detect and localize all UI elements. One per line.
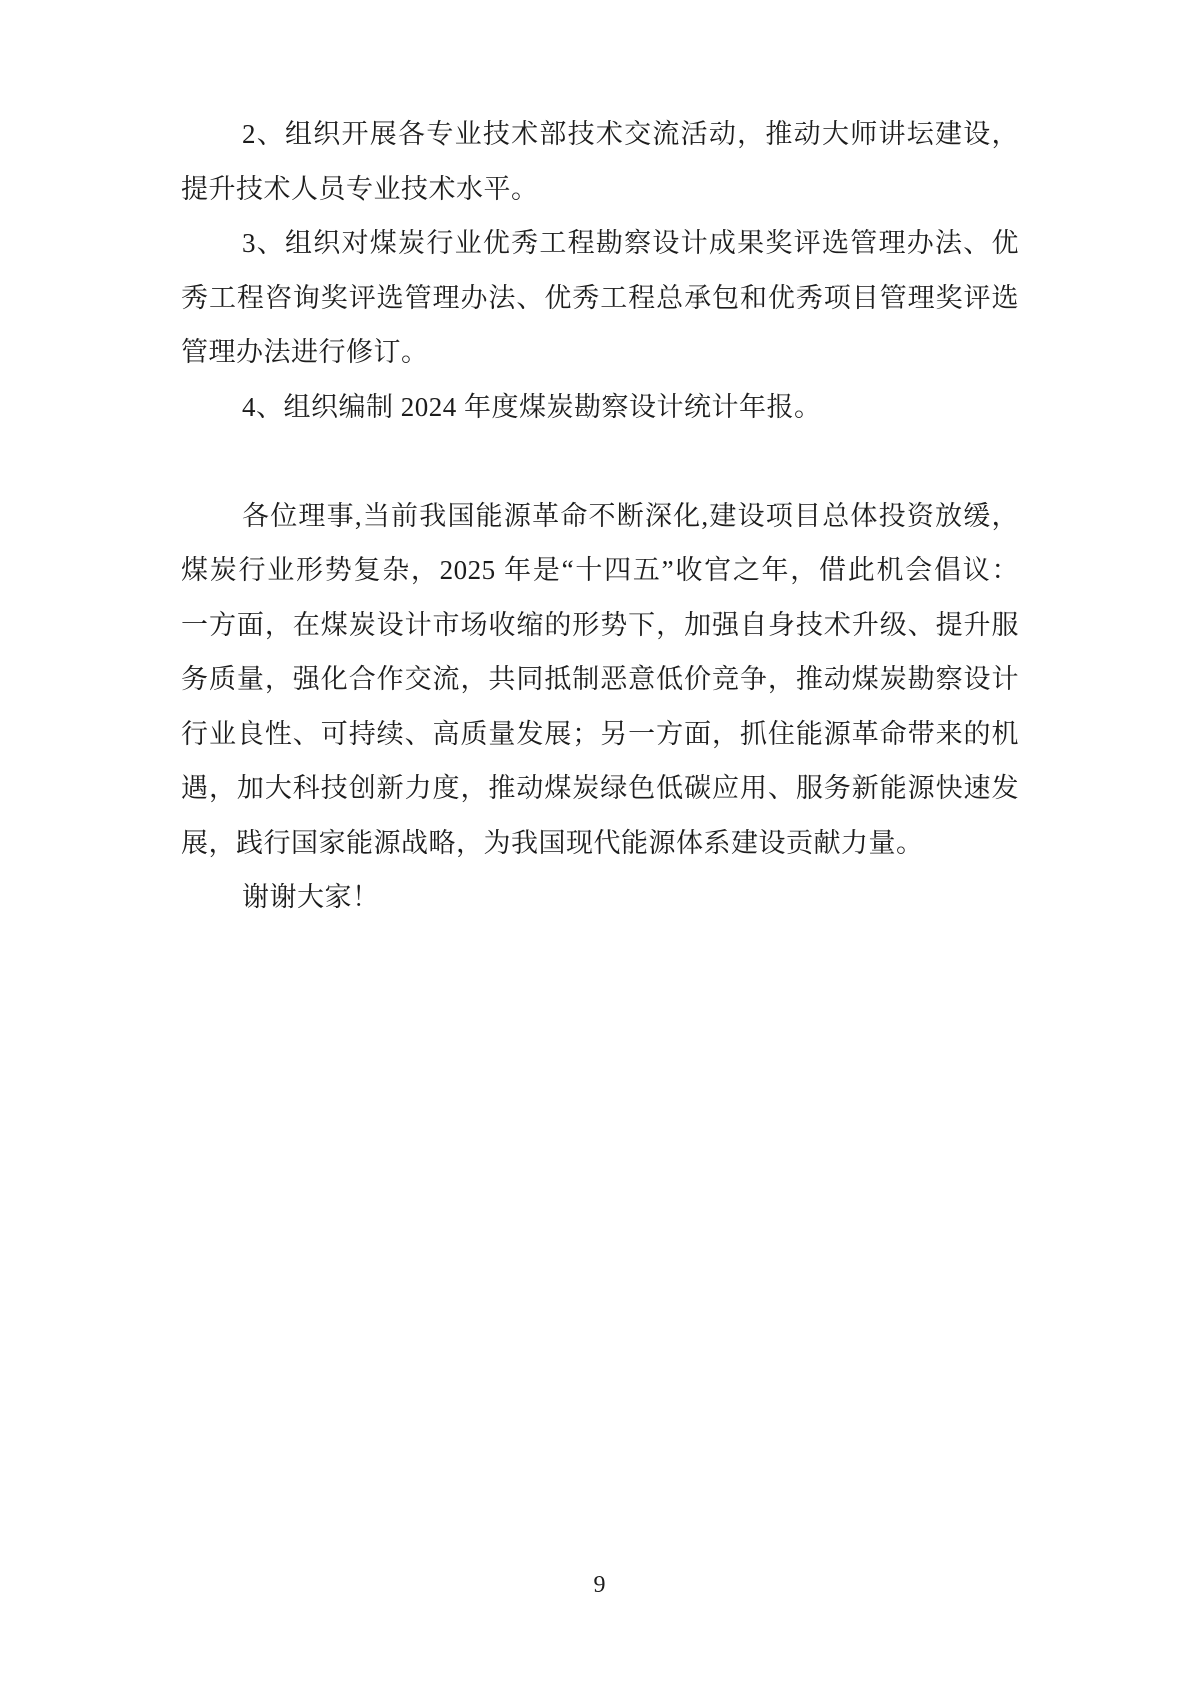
text-line: 谢谢大家！ (181, 870, 1019, 925)
text-line: 展，践行国家能源战略，为我国现代能源体系建设贡献力量。 (181, 816, 1019, 871)
text-line: 秀工程咨询奖评选管理办法、优秀工程总承包和优秀项目管理奖评选 (181, 271, 1019, 326)
text-line: 3、组织对煤炭行业优秀工程勘察设计成果奖评选管理办法、优 (181, 216, 1019, 271)
text-line: 煤炭行业形势复杂，2025 年是“十四五”收官之年，借此机会倡议： (181, 543, 1019, 598)
text-line: 行业良性、可持续、高质量发展；另一方面，抓住能源革命带来的机 (181, 707, 1019, 762)
document-page: 2、组织开展各专业技术部技术交流活动，推动大师讲坛建设， 提升技术人员专业技术水… (0, 0, 1199, 1696)
text-line: 各位理事,当前我国能源革命不断深化,建设项目总体投资放缓， (181, 489, 1019, 544)
text-line: 2、组织开展各专业技术部技术交流活动，推动大师讲坛建设， (181, 107, 1019, 162)
text-line: 务质量，强化合作交流，共同抵制恶意低价竞争，推动煤炭勘察设计 (181, 652, 1019, 707)
text-line: 管理办法进行修订。 (181, 325, 1019, 380)
text-line: 遇，加大科技创新力度，推动煤炭绿色低碳应用、服务新能源快速发 (181, 761, 1019, 816)
text-line: 一方面，在煤炭设计市场收缩的形势下，加强自身技术升级、提升服 (181, 598, 1019, 653)
page-number: 9 (0, 1570, 1199, 1600)
text-line: 提升技术人员专业技术水平。 (181, 162, 1019, 217)
text-line: 4、组织编制 2024 年度煤炭勘察设计统计年报。 (181, 380, 1019, 435)
document-body: 2、组织开展各专业技术部技术交流活动，推动大师讲坛建设， 提升技术人员专业技术水… (181, 107, 1019, 925)
